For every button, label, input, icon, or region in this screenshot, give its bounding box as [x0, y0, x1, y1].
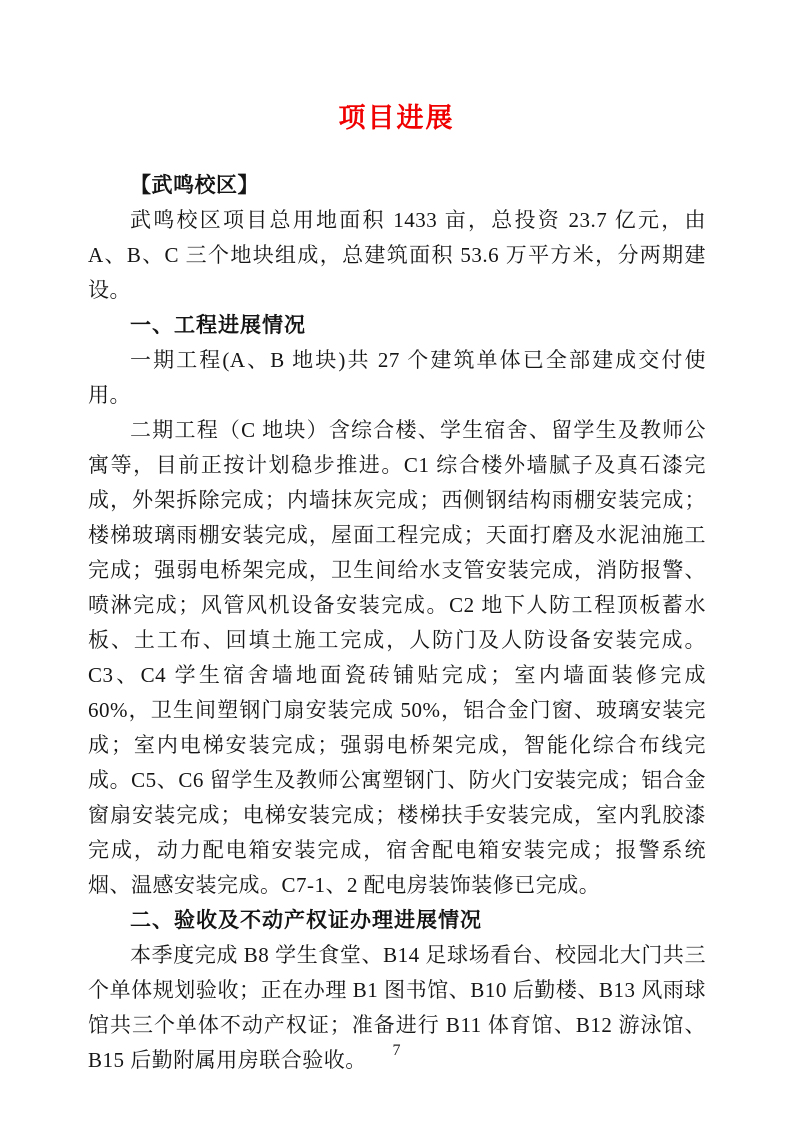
- campus-subheading: 【武鸣校区】: [88, 168, 706, 203]
- page-number: 7: [0, 1042, 793, 1060]
- section-heading-construction-progress: 一、工程进展情况: [88, 308, 706, 343]
- phase-one-paragraph: 一期工程(A、B 地块)共 27 个建筑单体已全部建成交付使用。: [88, 343, 706, 413]
- document-body: 【武鸣校区】 武鸣校区项目总用地面积 1433 亩，总投资 23.7 亿元，由 …: [88, 168, 706, 1078]
- phase-two-paragraph: 二期工程（C 地块）含综合楼、学生宿舍、留学生及教师公寓等，目前正按计划稳步推进…: [88, 413, 706, 903]
- page-title: 项目进展: [0, 96, 793, 135]
- document-page: 项目进展 【武鸣校区】 武鸣校区项目总用地面积 1433 亩，总投资 23.7 …: [0, 0, 793, 1122]
- overview-paragraph: 武鸣校区项目总用地面积 1433 亩，总投资 23.7 亿元，由 A、B、C 三…: [88, 203, 706, 308]
- section-heading-acceptance-certificates: 二、验收及不动产权证办理进展情况: [88, 903, 706, 938]
